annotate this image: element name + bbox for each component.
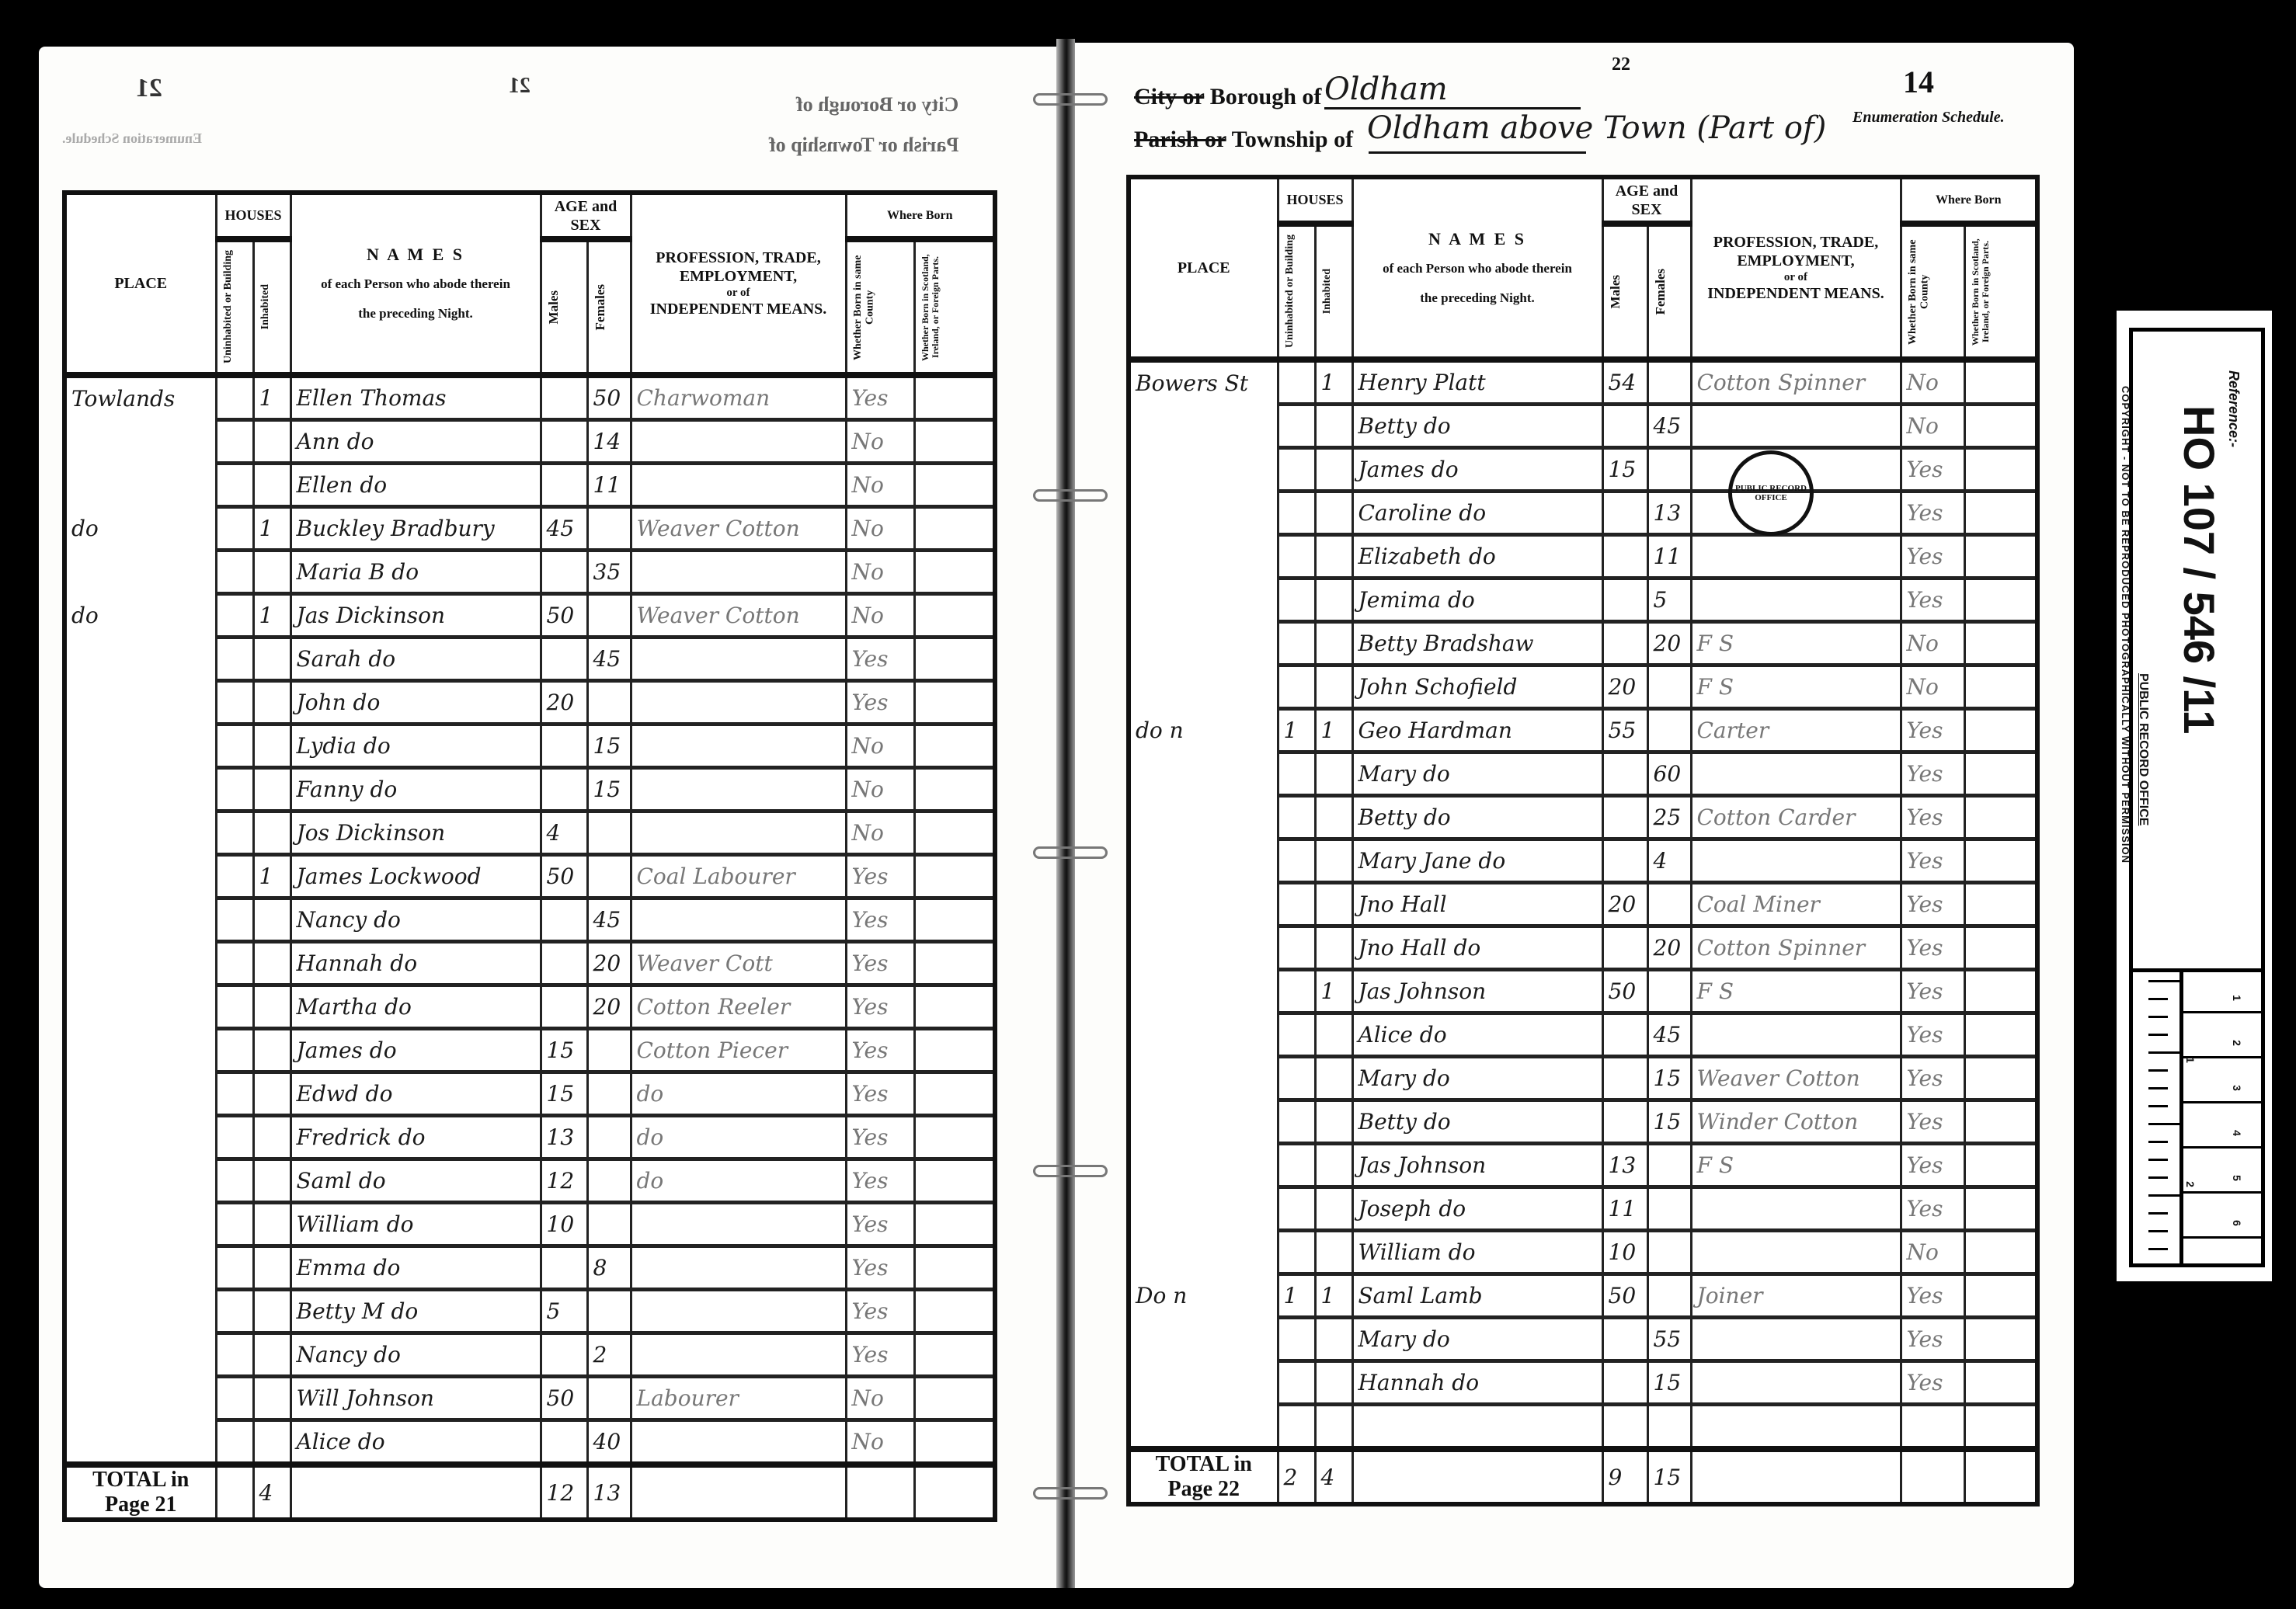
table-row: Betty do15Winder CottonYes xyxy=(1129,1100,2037,1144)
row-female-age: 35 xyxy=(587,551,631,594)
row-born-same-county: Yes xyxy=(1901,1318,1964,1361)
township-label-mirrored: Parish or Township of xyxy=(769,134,958,157)
table-row: Mary do55Yes xyxy=(1129,1318,2037,1361)
row-born-foreign xyxy=(1964,1361,2037,1405)
row-inhabited xyxy=(253,1116,290,1159)
row-born-foreign xyxy=(914,1377,995,1420)
row-female-age xyxy=(1647,448,1691,492)
row-born-same-county: Yes xyxy=(846,681,914,725)
row-inhabited xyxy=(253,681,290,725)
row-born-same-county: No xyxy=(1901,405,1964,448)
row-male-age xyxy=(1602,926,1647,970)
row-female-age xyxy=(587,1377,631,1420)
public-record-office-stamp: PUBLIC RECORD OFFICE xyxy=(1728,450,1814,536)
ruler-tick xyxy=(2148,1194,2179,1197)
row-uninhabited xyxy=(1278,970,1315,1013)
row-name: Lydia do xyxy=(290,725,541,768)
row-name: Betty do xyxy=(1352,405,1602,448)
row-place xyxy=(64,855,216,898)
total-label-line2: Page 21 xyxy=(71,1493,210,1517)
table-row: Sarah do45Yes xyxy=(64,638,995,681)
table-row: John do20Yes xyxy=(64,681,995,725)
row-born-foreign xyxy=(914,1246,995,1290)
ruler-cm-label: 5 xyxy=(2231,1175,2243,1181)
row-profession: Weaver Cotton xyxy=(631,507,846,551)
ruler-tick xyxy=(2148,1230,2168,1232)
row-female-age: 45 xyxy=(587,898,631,942)
row-inhabited xyxy=(253,638,290,681)
row-born-same-county: No xyxy=(1901,622,1964,665)
row-female-age: 50 xyxy=(587,375,631,420)
ruler-tick xyxy=(2148,1248,2168,1250)
profession-line-2: EMPLOYMENT, xyxy=(1697,252,1895,270)
row-male-age: 11 xyxy=(1602,1187,1647,1231)
row-uninhabited xyxy=(1278,926,1315,970)
row-profession: Cotton Spinner xyxy=(1691,360,1901,405)
borough-label: City or Borough of xyxy=(1134,84,1321,110)
row-inhabited xyxy=(253,1029,290,1072)
total-females: 15 xyxy=(1647,1449,1691,1504)
row-female-age xyxy=(587,594,631,638)
reference-label: Reference:- xyxy=(2225,370,2242,447)
row-profession: Charwoman xyxy=(631,375,846,420)
row-male-age xyxy=(541,1420,587,1465)
row-born-same-county: Yes xyxy=(1901,752,1964,796)
total-profession-blank xyxy=(631,1465,846,1520)
row-male-age: 15 xyxy=(541,1029,587,1072)
row-inhabited xyxy=(1315,839,1352,883)
table-row: Mary do60Yes xyxy=(1129,752,2037,796)
row-name: Mary Jane do xyxy=(1352,839,1602,883)
row-inhabited xyxy=(253,985,290,1029)
row-name: Mary do xyxy=(1352,1057,1602,1100)
page-folio-number: 21 xyxy=(509,74,531,99)
names-sub2: the preceding Night. xyxy=(297,306,535,321)
profession-line-1: PROFESSION, TRADE, xyxy=(1697,233,1895,252)
row-name: Saml Lamb xyxy=(1352,1274,1602,1318)
row-born-foreign xyxy=(914,594,995,638)
row-male-age: 50 xyxy=(1602,1274,1647,1318)
profession-line-4: INDEPENDENT MEANS. xyxy=(637,300,840,318)
row-female-age: 20 xyxy=(587,985,631,1029)
row-uninhabited xyxy=(1278,1187,1315,1231)
row-born-same-county: Yes xyxy=(1901,1144,1964,1187)
binding-ring xyxy=(1033,846,1108,859)
col-names: N A M E S of each Person who abode there… xyxy=(290,193,541,375)
ruler-tick xyxy=(2148,980,2179,982)
row-uninhabited xyxy=(1278,405,1315,448)
row-born-same-county: No xyxy=(846,768,914,811)
row-name: James do xyxy=(290,1029,541,1072)
row-place xyxy=(1129,926,1278,970)
row-born-foreign xyxy=(1964,1144,2037,1187)
row-born-foreign xyxy=(914,1290,995,1333)
row-place xyxy=(1129,665,1278,709)
table-row: Fredrick do13doYes xyxy=(64,1116,995,1159)
row-born-same-county: No xyxy=(846,507,914,551)
row-profession xyxy=(1691,535,1901,579)
row-born-same-county: Yes xyxy=(846,942,914,985)
ruler-inch-label: 1 xyxy=(2184,1057,2197,1063)
row-born-same-county: No xyxy=(846,811,914,855)
row-place xyxy=(64,1377,216,1420)
row-place xyxy=(64,985,216,1029)
row-born-same-county: Yes xyxy=(1901,796,1964,839)
row-inhabited xyxy=(253,768,290,811)
row-uninhabited xyxy=(216,507,253,551)
row-born-foreign xyxy=(914,1420,995,1465)
row-inhabited xyxy=(253,725,290,768)
row-name: John Schofield xyxy=(1352,665,1602,709)
row-female-age xyxy=(587,1116,631,1159)
row-inhabited xyxy=(253,1377,290,1420)
table-row: Alice do45Yes xyxy=(1129,1013,2037,1057)
row-uninhabited xyxy=(216,1072,253,1116)
row-inhabited xyxy=(253,1290,290,1333)
row-born-same-county: Yes xyxy=(846,1203,914,1246)
row-inhabited xyxy=(1315,622,1352,665)
table-row: 1James Lockwood50Coal LabourerYes xyxy=(64,855,995,898)
total-label-line2: Page 22 xyxy=(1136,1477,1272,1502)
row-uninhabited xyxy=(216,1290,253,1333)
total-uninhabited: 2 xyxy=(1278,1449,1315,1504)
row-profession xyxy=(631,1333,846,1377)
row-name: James do xyxy=(1352,448,1602,492)
table-row: Bowers St1Henry Platt54Cotton SpinnerNo xyxy=(1129,360,2037,405)
row-inhabited xyxy=(1315,926,1352,970)
row-name: Betty M do xyxy=(290,1290,541,1333)
row-place xyxy=(1129,1100,1278,1144)
ruler-tick xyxy=(2148,1087,2168,1089)
row-uninhabited xyxy=(216,1159,253,1203)
row-uninhabited xyxy=(1278,579,1315,622)
ruler-cm-label: 2 xyxy=(2231,1040,2243,1046)
row-inhabited xyxy=(1315,1187,1352,1231)
row-born-same-county: Yes xyxy=(846,1116,914,1159)
row-male-age xyxy=(1602,1405,1647,1450)
row-born-same-county: Yes xyxy=(1901,1100,1964,1144)
row-inhabited xyxy=(1315,752,1352,796)
ruler-tick xyxy=(2148,998,2168,1000)
row-place xyxy=(64,551,216,594)
row-born-same-county: Yes xyxy=(1901,1057,1964,1100)
row-female-age: 13 xyxy=(1647,492,1691,535)
col-where-born: Where Born xyxy=(846,193,995,239)
col-uninhabited: Uninhabited or Building xyxy=(1284,235,1296,348)
ruler-tick xyxy=(2148,1212,2168,1215)
row-female-age: 5 xyxy=(1647,579,1691,622)
row-inhabited xyxy=(253,1203,290,1246)
row-place: do xyxy=(64,594,216,638)
reference-code: HO 107 / 546 /11 xyxy=(2174,405,2225,734)
row-inhabited xyxy=(1315,665,1352,709)
table-row: Betty do25Cotton CarderYes xyxy=(1129,796,2037,839)
row-place xyxy=(64,638,216,681)
profession-line-3: or of xyxy=(1697,270,1895,284)
table-row: Maria B do35No xyxy=(64,551,995,594)
row-female-age: 2 xyxy=(587,1333,631,1377)
row-uninhabited xyxy=(216,1116,253,1159)
row-profession xyxy=(1691,752,1901,796)
row-name: Alice do xyxy=(290,1420,541,1465)
row-inhabited xyxy=(253,1420,290,1465)
row-male-age: 15 xyxy=(541,1072,587,1116)
row-inhabited xyxy=(253,1072,290,1116)
township-value: Oldham above Town (Part of) xyxy=(1367,110,1802,146)
total-males: 9 xyxy=(1602,1449,1647,1504)
row-born-foreign xyxy=(1964,1013,2037,1057)
row-uninhabited xyxy=(1278,665,1315,709)
row-born-same-county: Yes xyxy=(846,1072,914,1116)
table-row: do n11Geo Hardman55CarterYes xyxy=(1129,709,2037,752)
row-profession: do xyxy=(631,1072,846,1116)
row-female-age: 40 xyxy=(587,1420,631,1465)
row-name: Caroline do xyxy=(1352,492,1602,535)
row-inhabited xyxy=(1315,1144,1352,1187)
row-inhabited xyxy=(253,420,290,464)
total-inhabited: 4 xyxy=(1315,1449,1352,1504)
row-male-age: 4 xyxy=(541,811,587,855)
row-uninhabited xyxy=(216,1203,253,1246)
row-male-age: 13 xyxy=(541,1116,587,1159)
row-name: James Lockwood xyxy=(290,855,541,898)
table-row: Caroline do13Yes xyxy=(1129,492,2037,535)
col-profession: PROFESSION, TRADE, EMPLOYMENT, or of IND… xyxy=(1691,177,1901,360)
row-born-foreign xyxy=(1964,1405,2037,1450)
row-name: Geo Hardman xyxy=(1352,709,1602,752)
row-born-same-county: No xyxy=(846,594,914,638)
table-row: Betty M do5Yes xyxy=(64,1290,995,1333)
row-female-age: 11 xyxy=(1647,535,1691,579)
row-inhabited xyxy=(253,898,290,942)
row-uninhabited xyxy=(216,1246,253,1290)
row-female-age xyxy=(1647,709,1691,752)
table-row: Jno Hall do20Cotton SpinnerYes xyxy=(1129,926,2037,970)
ruler-tick xyxy=(2148,1176,2168,1179)
row-profession xyxy=(1691,1318,1901,1361)
row-born-foreign xyxy=(1964,360,2037,405)
row-male-age: 50 xyxy=(541,594,587,638)
binding-ring xyxy=(1033,1487,1108,1500)
total-names-blank xyxy=(290,1465,541,1520)
row-profession: Joiner xyxy=(1691,1274,1901,1318)
row-male-age: 12 xyxy=(541,1159,587,1203)
total-names-blank xyxy=(1352,1449,1602,1504)
row-female-age: 11 xyxy=(587,464,631,507)
row-name: Emma do xyxy=(290,1246,541,1290)
row-place xyxy=(64,1420,216,1465)
row-uninhabited xyxy=(216,464,253,507)
row-place xyxy=(64,420,216,464)
row-place xyxy=(1129,839,1278,883)
row-uninhabited xyxy=(1278,1013,1315,1057)
row-inhabited xyxy=(1315,1013,1352,1057)
row-born-foreign xyxy=(1964,405,2037,448)
row-profession: Cotton Piecer xyxy=(631,1029,846,1072)
row-uninhabited xyxy=(1278,360,1315,405)
profession-line-1: PROFESSION, TRADE, xyxy=(637,248,840,267)
row-born-same-county: No xyxy=(846,725,914,768)
borough-label-mirrored: City or Borough of xyxy=(796,93,958,116)
row-place xyxy=(64,1072,216,1116)
reference-strip: Reference:- HO 107 / 546 /11 PUBLIC RECO… xyxy=(2117,311,2272,1281)
row-profession: Labourer xyxy=(631,1377,846,1420)
row-profession xyxy=(631,725,846,768)
row-place xyxy=(64,464,216,507)
table-row: Alice do40No xyxy=(64,1420,995,1465)
row-male-age: 10 xyxy=(1602,1231,1647,1274)
row-male-age: 20 xyxy=(1602,883,1647,926)
row-male-age xyxy=(541,725,587,768)
row-born-same-county: Yes xyxy=(846,855,914,898)
row-profession xyxy=(631,464,846,507)
row-uninhabited xyxy=(216,420,253,464)
row-born-same-county: Yes xyxy=(846,1159,914,1203)
row-inhabited xyxy=(1315,405,1352,448)
table-row: Jas Johnson13F SYes xyxy=(1129,1144,2037,1187)
ruler-tick xyxy=(2148,1123,2179,1125)
row-born-foreign xyxy=(914,1072,995,1116)
row-place: Bowers St xyxy=(1129,360,1278,405)
col-same-county: Whether Born in same County xyxy=(1907,230,1931,354)
row-name: Elizabeth do xyxy=(1352,535,1602,579)
row-profession xyxy=(631,551,846,594)
ruler-tick xyxy=(2148,1051,2179,1054)
col-same-county: Whether Born in same County xyxy=(852,245,876,370)
row-female-age xyxy=(1647,1144,1691,1187)
row-born-foreign xyxy=(1964,665,2037,709)
row-born-foreign xyxy=(914,638,995,681)
col-age-sex: AGE and SEX xyxy=(541,193,631,239)
row-born-foreign xyxy=(914,855,995,898)
row-profession: do xyxy=(631,1116,846,1159)
row-female-age xyxy=(1647,360,1691,405)
row-female-age: 14 xyxy=(587,420,631,464)
row-profession xyxy=(1691,405,1901,448)
row-born-foreign xyxy=(914,1203,995,1246)
ruler-tick xyxy=(2148,1105,2168,1107)
row-profession xyxy=(631,420,846,464)
row-born-same-county: No xyxy=(846,1377,914,1420)
row-profession: Weaver Cotton xyxy=(631,594,846,638)
row-name: Jno Hall xyxy=(1352,883,1602,926)
row-born-same-county: Yes xyxy=(1901,1361,1964,1405)
row-inhabited xyxy=(253,942,290,985)
col-profession: PROFESSION, TRADE, EMPLOYMENT, or of IND… xyxy=(631,193,846,375)
row-name: Sarah do xyxy=(290,638,541,681)
row-female-age: 15 xyxy=(1647,1057,1691,1100)
row-profession xyxy=(1691,1187,1901,1231)
row-male-age xyxy=(1602,492,1647,535)
row-born-same-county: Yes xyxy=(846,1333,914,1377)
total-label-line1: TOTAL in xyxy=(71,1468,210,1493)
row-profession: Weaver Cott xyxy=(631,942,846,985)
row-male-age xyxy=(1602,1361,1647,1405)
row-born-foreign xyxy=(1964,448,2037,492)
row-born-same-county: Yes xyxy=(846,898,914,942)
row-born-foreign xyxy=(1964,1057,2037,1100)
row-born-same-county: Yes xyxy=(846,1029,914,1072)
row-male-age xyxy=(1602,579,1647,622)
row-born-same-county: Yes xyxy=(1901,926,1964,970)
row-uninhabited xyxy=(216,594,253,638)
row-male-age xyxy=(1602,1318,1647,1361)
row-inhabited: 1 xyxy=(253,375,290,420)
row-place xyxy=(64,1246,216,1290)
book-spine xyxy=(1056,39,1075,1588)
row-born-foreign xyxy=(914,551,995,594)
row-born-same-county: Yes xyxy=(1901,1274,1964,1318)
table-row: William do10No xyxy=(1129,1231,2037,1274)
row-name: Henry Platt xyxy=(1352,360,1602,405)
row-place xyxy=(64,681,216,725)
row-uninhabited xyxy=(1278,1405,1315,1450)
row-inhabited xyxy=(1315,1361,1352,1405)
row-profession xyxy=(631,811,846,855)
row-place xyxy=(1129,1231,1278,1274)
row-inhabited xyxy=(253,811,290,855)
row-female-age: 55 xyxy=(1647,1318,1691,1361)
row-female-age: 4 xyxy=(1647,839,1691,883)
row-profession xyxy=(631,768,846,811)
row-born-same-county: Yes xyxy=(1901,1187,1964,1231)
row-inhabited xyxy=(253,1159,290,1203)
row-uninhabited xyxy=(216,1420,253,1465)
col-place: PLACE xyxy=(1129,177,1278,360)
row-born-same-county: No xyxy=(846,1420,914,1465)
table-row: Towlands1Ellen Thomas50CharwomanYes xyxy=(64,375,995,420)
stamp-text: PUBLIC RECORD OFFICE xyxy=(1732,484,1810,502)
row-place xyxy=(1129,1361,1278,1405)
row-male-age xyxy=(1602,1057,1647,1100)
row-female-age xyxy=(587,1203,631,1246)
table-row: Jemima do5Yes xyxy=(1129,579,2037,622)
row-place xyxy=(64,942,216,985)
table-row: Jno Hall20Coal MinerYes xyxy=(1129,883,2037,926)
row-place xyxy=(1129,405,1278,448)
row-name: Maria B do xyxy=(290,551,541,594)
row-place xyxy=(1129,1187,1278,1231)
row-female-age: 20 xyxy=(1647,926,1691,970)
row-born-foreign xyxy=(1964,1100,2037,1144)
row-place xyxy=(64,1159,216,1203)
row-born-same-county: Yes xyxy=(846,985,914,1029)
row-name: Mary do xyxy=(1352,752,1602,796)
row-female-age: 45 xyxy=(587,638,631,681)
row-name: Ann do xyxy=(290,420,541,464)
row-name: Fredrick do xyxy=(290,1116,541,1159)
row-inhabited xyxy=(1315,1318,1352,1361)
row-uninhabited xyxy=(1278,1100,1315,1144)
row-inhabited xyxy=(1315,579,1352,622)
row-place xyxy=(1129,448,1278,492)
row-male-age: 50 xyxy=(1602,970,1647,1013)
row-female-age xyxy=(1647,1231,1691,1274)
col-age-sex: AGE and SEX xyxy=(1602,177,1691,224)
total-foreign-blank xyxy=(1964,1449,2037,1504)
row-born-same-county: Yes xyxy=(846,638,914,681)
row-male-age xyxy=(541,1333,587,1377)
row-uninhabited xyxy=(216,811,253,855)
row-inhabited: 1 xyxy=(1315,709,1352,752)
row-name: Ellen Thomas xyxy=(290,375,541,420)
row-female-age xyxy=(1647,1274,1691,1318)
row-uninhabited xyxy=(1278,1231,1315,1274)
table-row: Lydia do15No xyxy=(64,725,995,768)
row-male-age xyxy=(1602,1100,1647,1144)
names-sub2: the preceding Night. xyxy=(1358,290,1597,306)
row-male-age xyxy=(1602,1013,1647,1057)
